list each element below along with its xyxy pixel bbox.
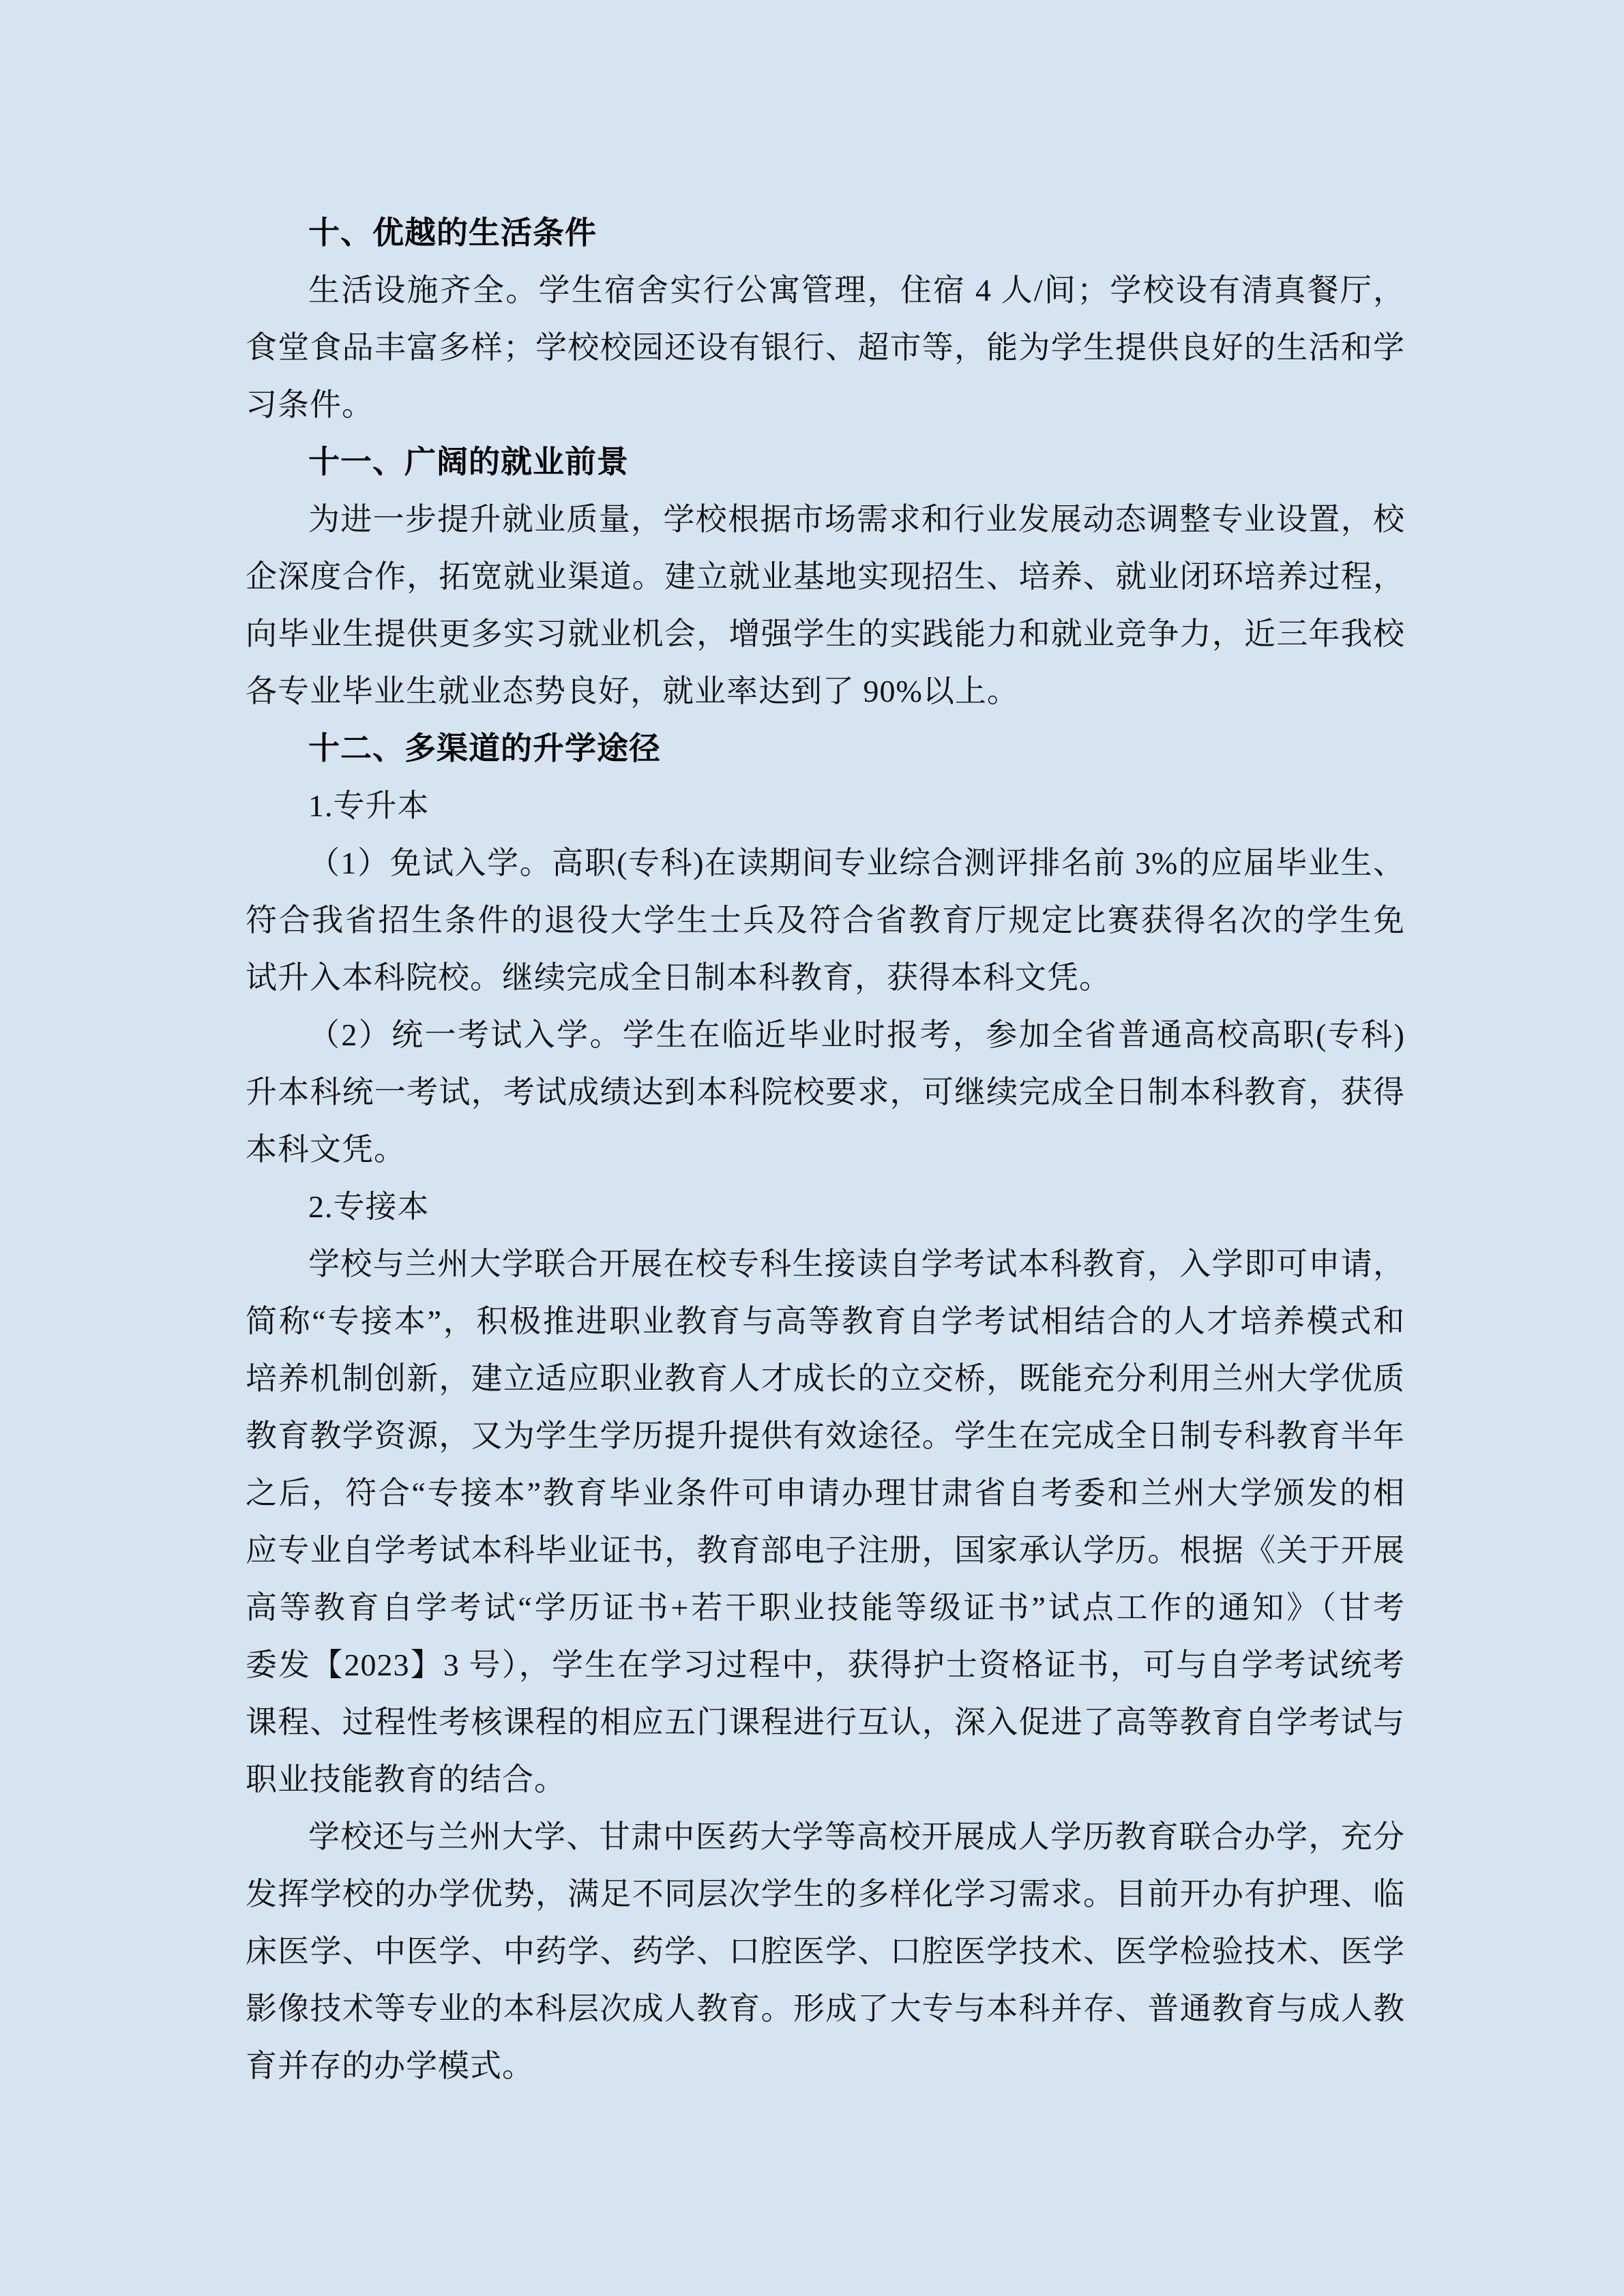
text-line: 高等教育自学考试“学历证书+若干职业技能等级证书”试点工作的通知》（甘考 — [246, 1579, 1405, 1637]
document-page: 十、优越的生活条件生活设施齐全。学生宿舍实行公寓管理，住宿 4 人/间；学校设有… — [0, 0, 1624, 2296]
text-line: 培养机制创新，建立适应职业教育人才成长的立交桥，既能充分利用兰州大学优质 — [246, 1350, 1405, 1407]
text-line: 为进一步提升就业质量，学校根据市场需求和行业发展动态调整专业设置，校 — [246, 491, 1405, 548]
text-line: 育并存的办学模式。 — [246, 2038, 1405, 2095]
text-line: 委发【2023】3 号），学生在学习过程中，获得护士资格证书，可与自学考试统考 — [246, 1637, 1405, 1694]
section-heading: 十一、广阔的就业前景 — [246, 434, 1405, 491]
text-line: 生活设施齐全。学生宿舍实行公寓管理，住宿 4 人/间；学校设有清真餐厅， — [246, 262, 1405, 319]
text-line: 学校与兰州大学联合开展在校专科生接读自学考试本科教育，入学即可申请， — [246, 1236, 1405, 1293]
text-line: 床医学、中医学、中药学、药学、口腔医学、口腔医学技术、医学检验技术、医学 — [246, 1923, 1405, 1980]
text-line: 职业技能教育的结合。 — [246, 1751, 1405, 1808]
document-content: 十、优越的生活条件生活设施齐全。学生宿舍实行公寓管理，住宿 4 人/间；学校设有… — [246, 205, 1405, 2095]
text-line: （1）免试入学。高职(专科)在读期间专业综合测评排名前 3%的应届毕业生、 — [246, 835, 1405, 892]
text-line: 教育教学资源，又为学生学历提升提供有效途径。学生在完成全日制专科教育半年 — [246, 1407, 1405, 1465]
text-line: （2）统一考试入学。学生在临近毕业时报考，参加全省普通高校高职(专科) — [246, 1007, 1405, 1064]
text-line: 发挥学校的办学优势，满足不同层次学生的多样化学习需求。目前开办有护理、临 — [246, 1866, 1405, 1923]
text-line: 本科文凭。 — [246, 1121, 1405, 1178]
section-heading: 十二、多渠道的升学途径 — [246, 720, 1405, 777]
text-line: 影像技术等专业的本科层次成人教育。形成了大专与本科并存、普通教育与成人教 — [246, 1980, 1405, 2038]
text-line: 应专业自学考试本科毕业证书，教育部电子注册，国家承认学历。根据《关于开展 — [246, 1522, 1405, 1579]
text-line: 课程、过程性考核课程的相应五门课程进行互认，深入促进了高等教育自学考试与 — [246, 1694, 1405, 1751]
text-line: 企深度合作，拓宽就业渠道。建立就业基地实现招生、培养、就业闭环培养过程， — [246, 548, 1405, 606]
text-line: 学校还与兰州大学、甘肃中医药大学等高校开展成人学历教育联合办学，充分 — [246, 1808, 1405, 1866]
text-line: 2.专接本 — [246, 1178, 1405, 1236]
text-line: 向毕业生提供更多实习就业机会，增强学生的实践能力和就业竞争力，近三年我校 — [246, 606, 1405, 663]
text-line: 各专业毕业生就业态势良好，就业率达到了 90%以上。 — [246, 663, 1405, 720]
text-line: 之后，符合“专接本”教育毕业条件可申请办理甘肃省自考委和兰州大学颁发的相 — [246, 1465, 1405, 1522]
section-heading: 十、优越的生活条件 — [246, 205, 1405, 262]
text-line: 升本科统一考试，考试成绩达到本科院校要求，可继续完成全日制本科教育，获得 — [246, 1064, 1405, 1121]
text-line: 试升入本科院校。继续完成全日制本科教育，获得本科文凭。 — [246, 949, 1405, 1007]
text-line: 简称“专接本”，积极推进职业教育与高等教育自学考试相结合的人才培养模式和 — [246, 1293, 1405, 1350]
text-line: 符合我省招生条件的退役大学生士兵及符合省教育厅规定比赛获得名次的学生免 — [246, 892, 1405, 949]
text-line: 1.专升本 — [246, 777, 1405, 835]
text-line: 食堂食品丰富多样；学校校园还设有银行、超市等，能为学生提供良好的生活和学 — [246, 319, 1405, 376]
text-line: 习条件。 — [246, 376, 1405, 434]
